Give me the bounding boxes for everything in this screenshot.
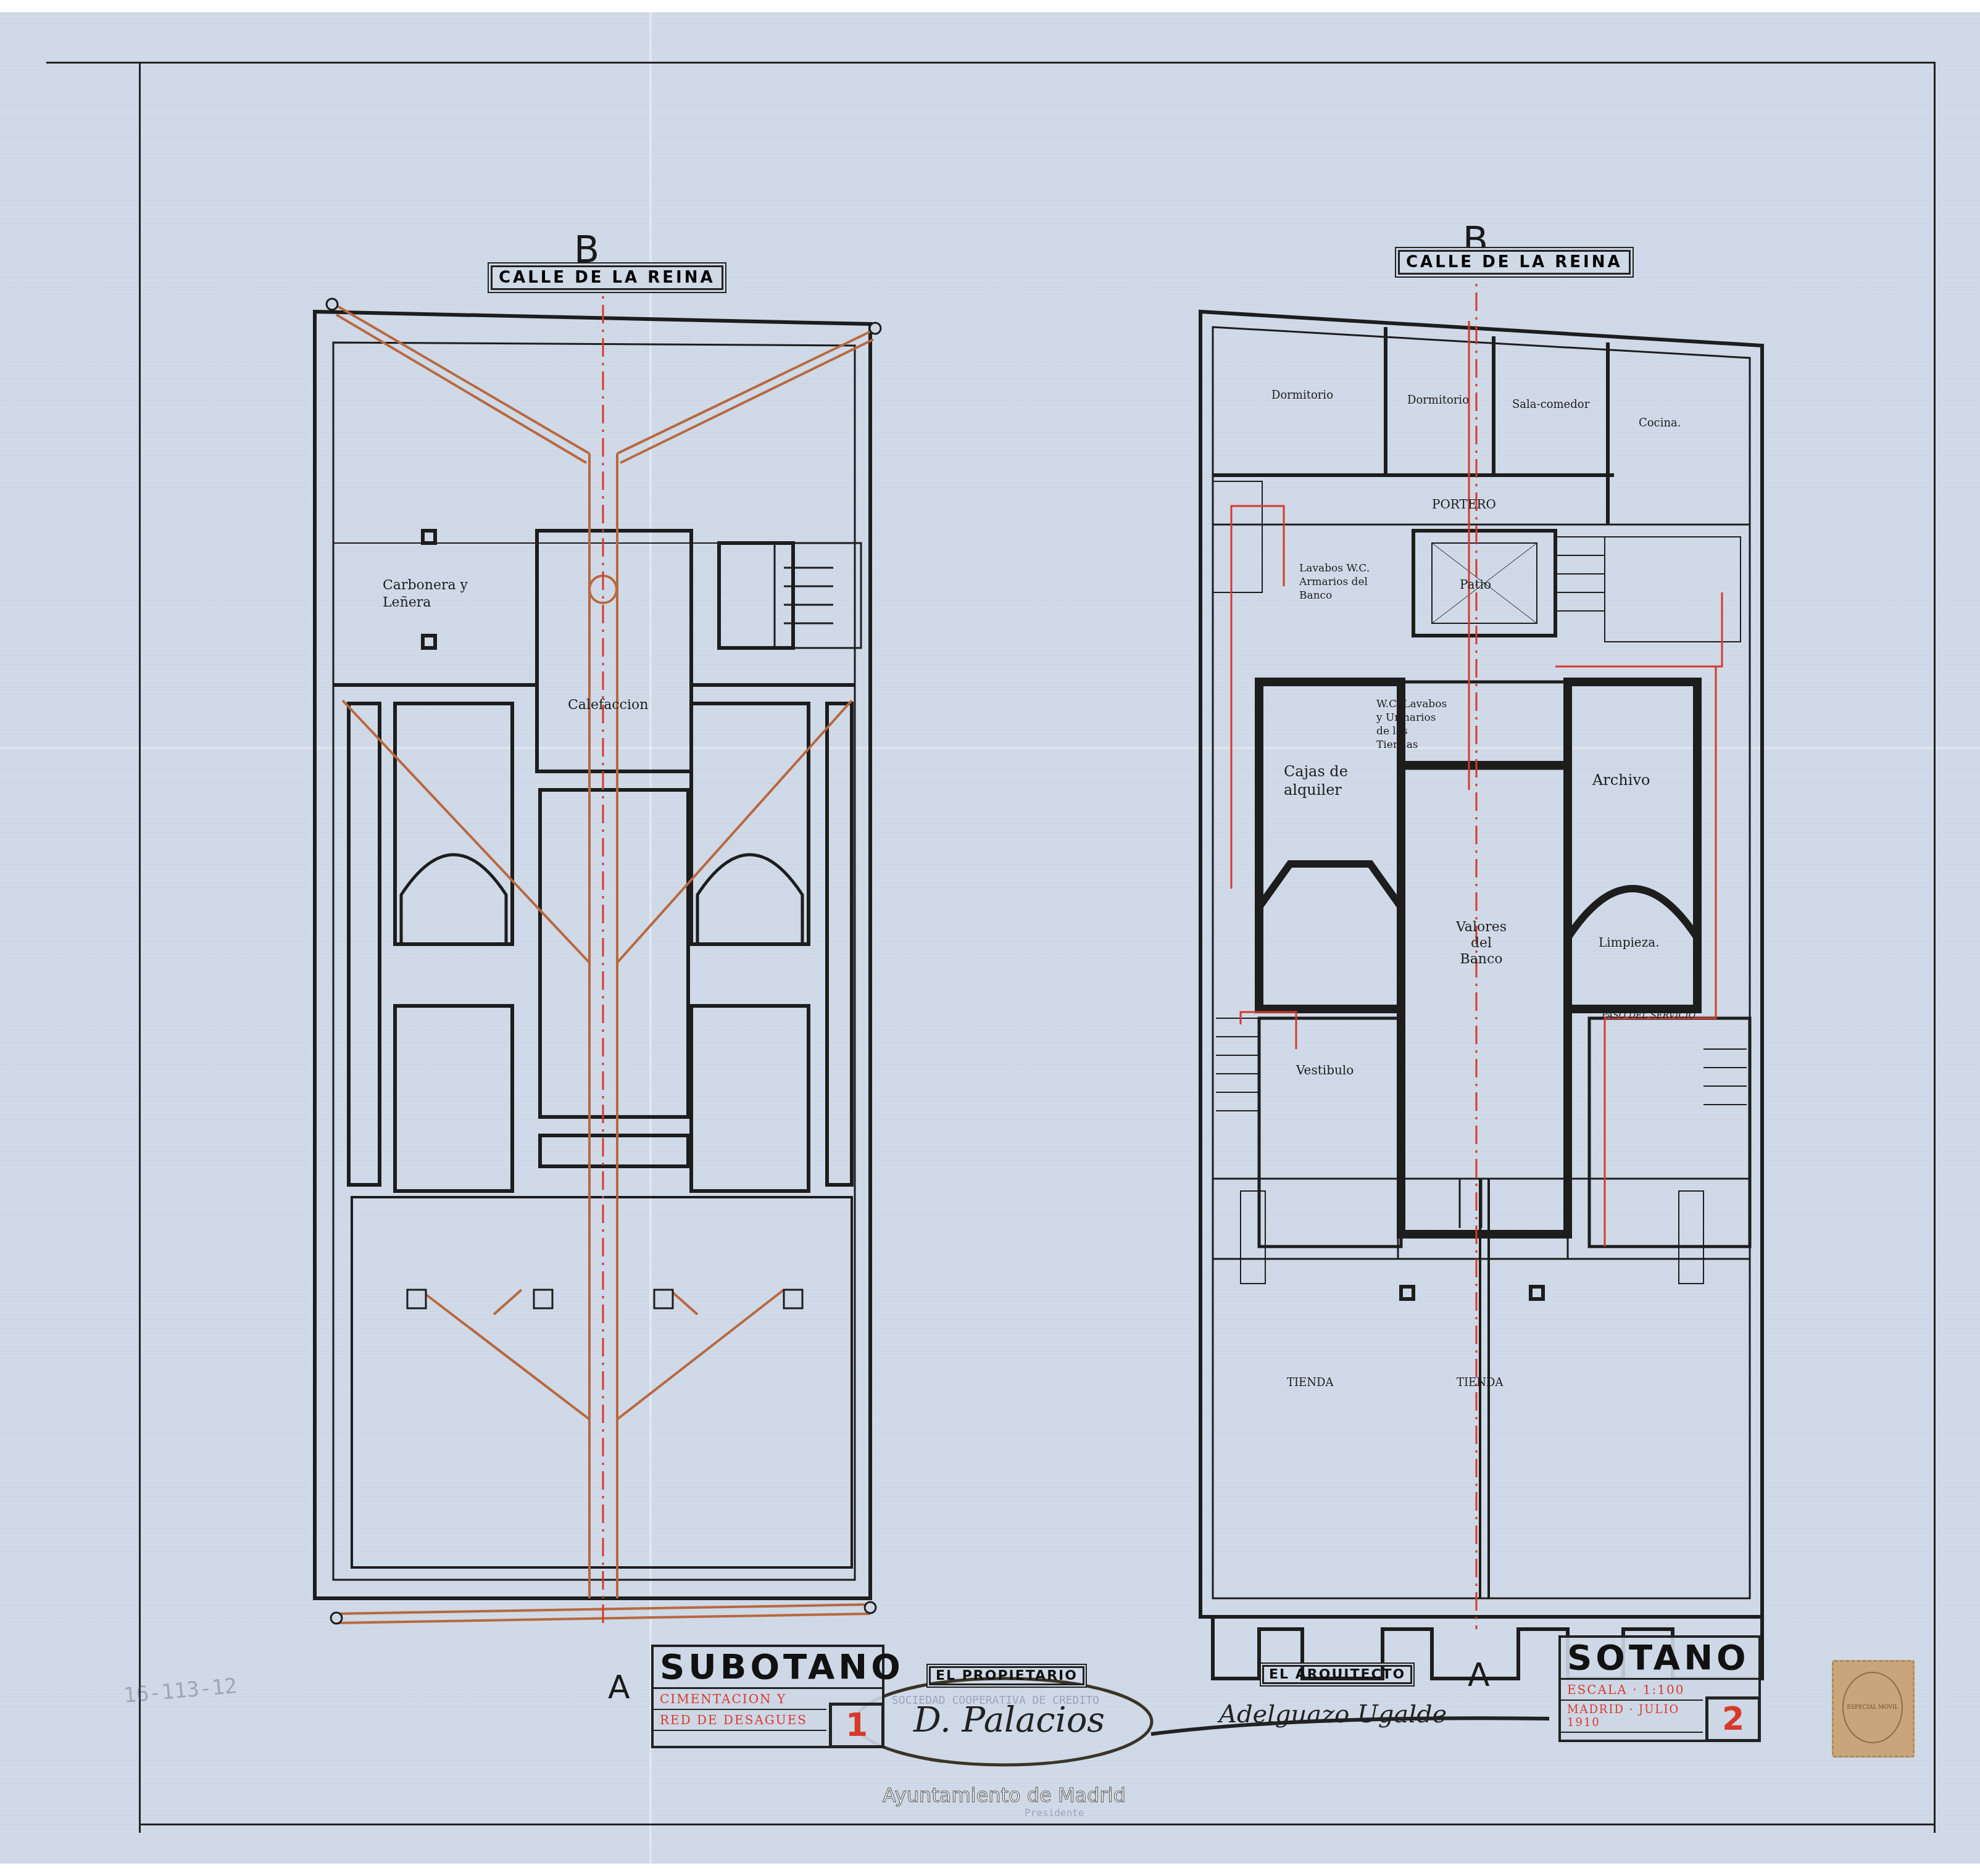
- room-dormitorio-1: Dormitorio: [1271, 389, 1333, 402]
- room-portero: PORTERO: [1432, 497, 1496, 512]
- room-tienda-left: TIENDA: [1287, 1376, 1333, 1389]
- right-title-main: SOTANO: [1561, 1638, 1758, 1680]
- right-title-block: SOTANO ESCALA · 1:100 MADRID · JULIO 191…: [1558, 1635, 1761, 1742]
- right-sheet-number: 2: [1705, 1696, 1761, 1742]
- room-vestibulo: Vestibulo: [1296, 1063, 1354, 1077]
- left-section-letter-bottom: A: [608, 1669, 630, 1706]
- left-sheet-number: 1: [829, 1703, 884, 1748]
- left-title-block: SUBOTANO CIMENTACION Y RED DE DESAGUES 1: [651, 1645, 884, 1748]
- room-lavabos-banco: Lavabos W.C. Armarios del Banco: [1299, 562, 1386, 602]
- room-calefaccion: Calefaccion: [568, 697, 648, 713]
- room-sala-comedor: Sala-comedor: [1512, 398, 1589, 411]
- revenue-stamp: ESPECIAL MOVIL: [1832, 1660, 1915, 1758]
- room-wc-tiendas: W.C. Lavabos y Urinarios de las Tiendas: [1376, 697, 1450, 752]
- room-cocina: Cocina.: [1639, 417, 1681, 430]
- room-carbonera: Carbonera y Leñera: [383, 577, 469, 612]
- archive-watermark: Ayuntamiento de Madrid: [883, 1783, 1126, 1807]
- room-dormitorio-2: Dormitorio: [1407, 394, 1469, 407]
- room-valores-banco: Valores del Banco: [1447, 919, 1515, 968]
- stamp-emblem: ESPECIAL MOVIL: [1842, 1672, 1903, 1743]
- owner-signature: D. Palacios: [913, 1700, 1105, 1740]
- owner-role: Presidente: [1025, 1807, 1084, 1819]
- room-patio: Patio: [1460, 577, 1491, 592]
- architect-signature: Adelguazo Ugalde: [1219, 1700, 1447, 1729]
- owner-label: EL PROPIETARIO: [929, 1666, 1084, 1685]
- left-plan-drainage-pipes: [336, 305, 873, 1623]
- right-title-date: MADRID · JULIO 1910: [1561, 1701, 1703, 1733]
- floor-plan-drawing: [0, 0, 1980, 1876]
- room-limpieza: Limpieza.: [1599, 935, 1660, 950]
- room-cajas-alquiler: Cajas de alquiler: [1284, 762, 1358, 799]
- room-tienda-right: TIENDA: [1457, 1376, 1503, 1389]
- right-plan-staircases: [1213, 481, 1747, 1284]
- architect-label: EL ARQUITECTO: [1262, 1665, 1412, 1684]
- room-archivo: Archivo: [1592, 771, 1650, 789]
- left-title-line2: RED DE DESAGUES: [654, 1710, 826, 1731]
- right-street-label: CALLE DE LA REINA: [1398, 250, 1631, 275]
- left-plan-walls: [315, 312, 870, 1598]
- right-section-letter-bottom: A: [1468, 1657, 1490, 1694]
- label-paso-servicio: PASO DEL SERVICIO: [1602, 1011, 1695, 1021]
- left-title-main: SUBOTANO: [654, 1647, 882, 1689]
- left-title-line1: CIMENTACION Y: [654, 1689, 826, 1710]
- left-street-label: CALLE DE LA REINA: [491, 265, 723, 290]
- left-plan-staircase: [775, 543, 861, 648]
- right-title-scale: ESCALA · 1:100: [1561, 1680, 1703, 1701]
